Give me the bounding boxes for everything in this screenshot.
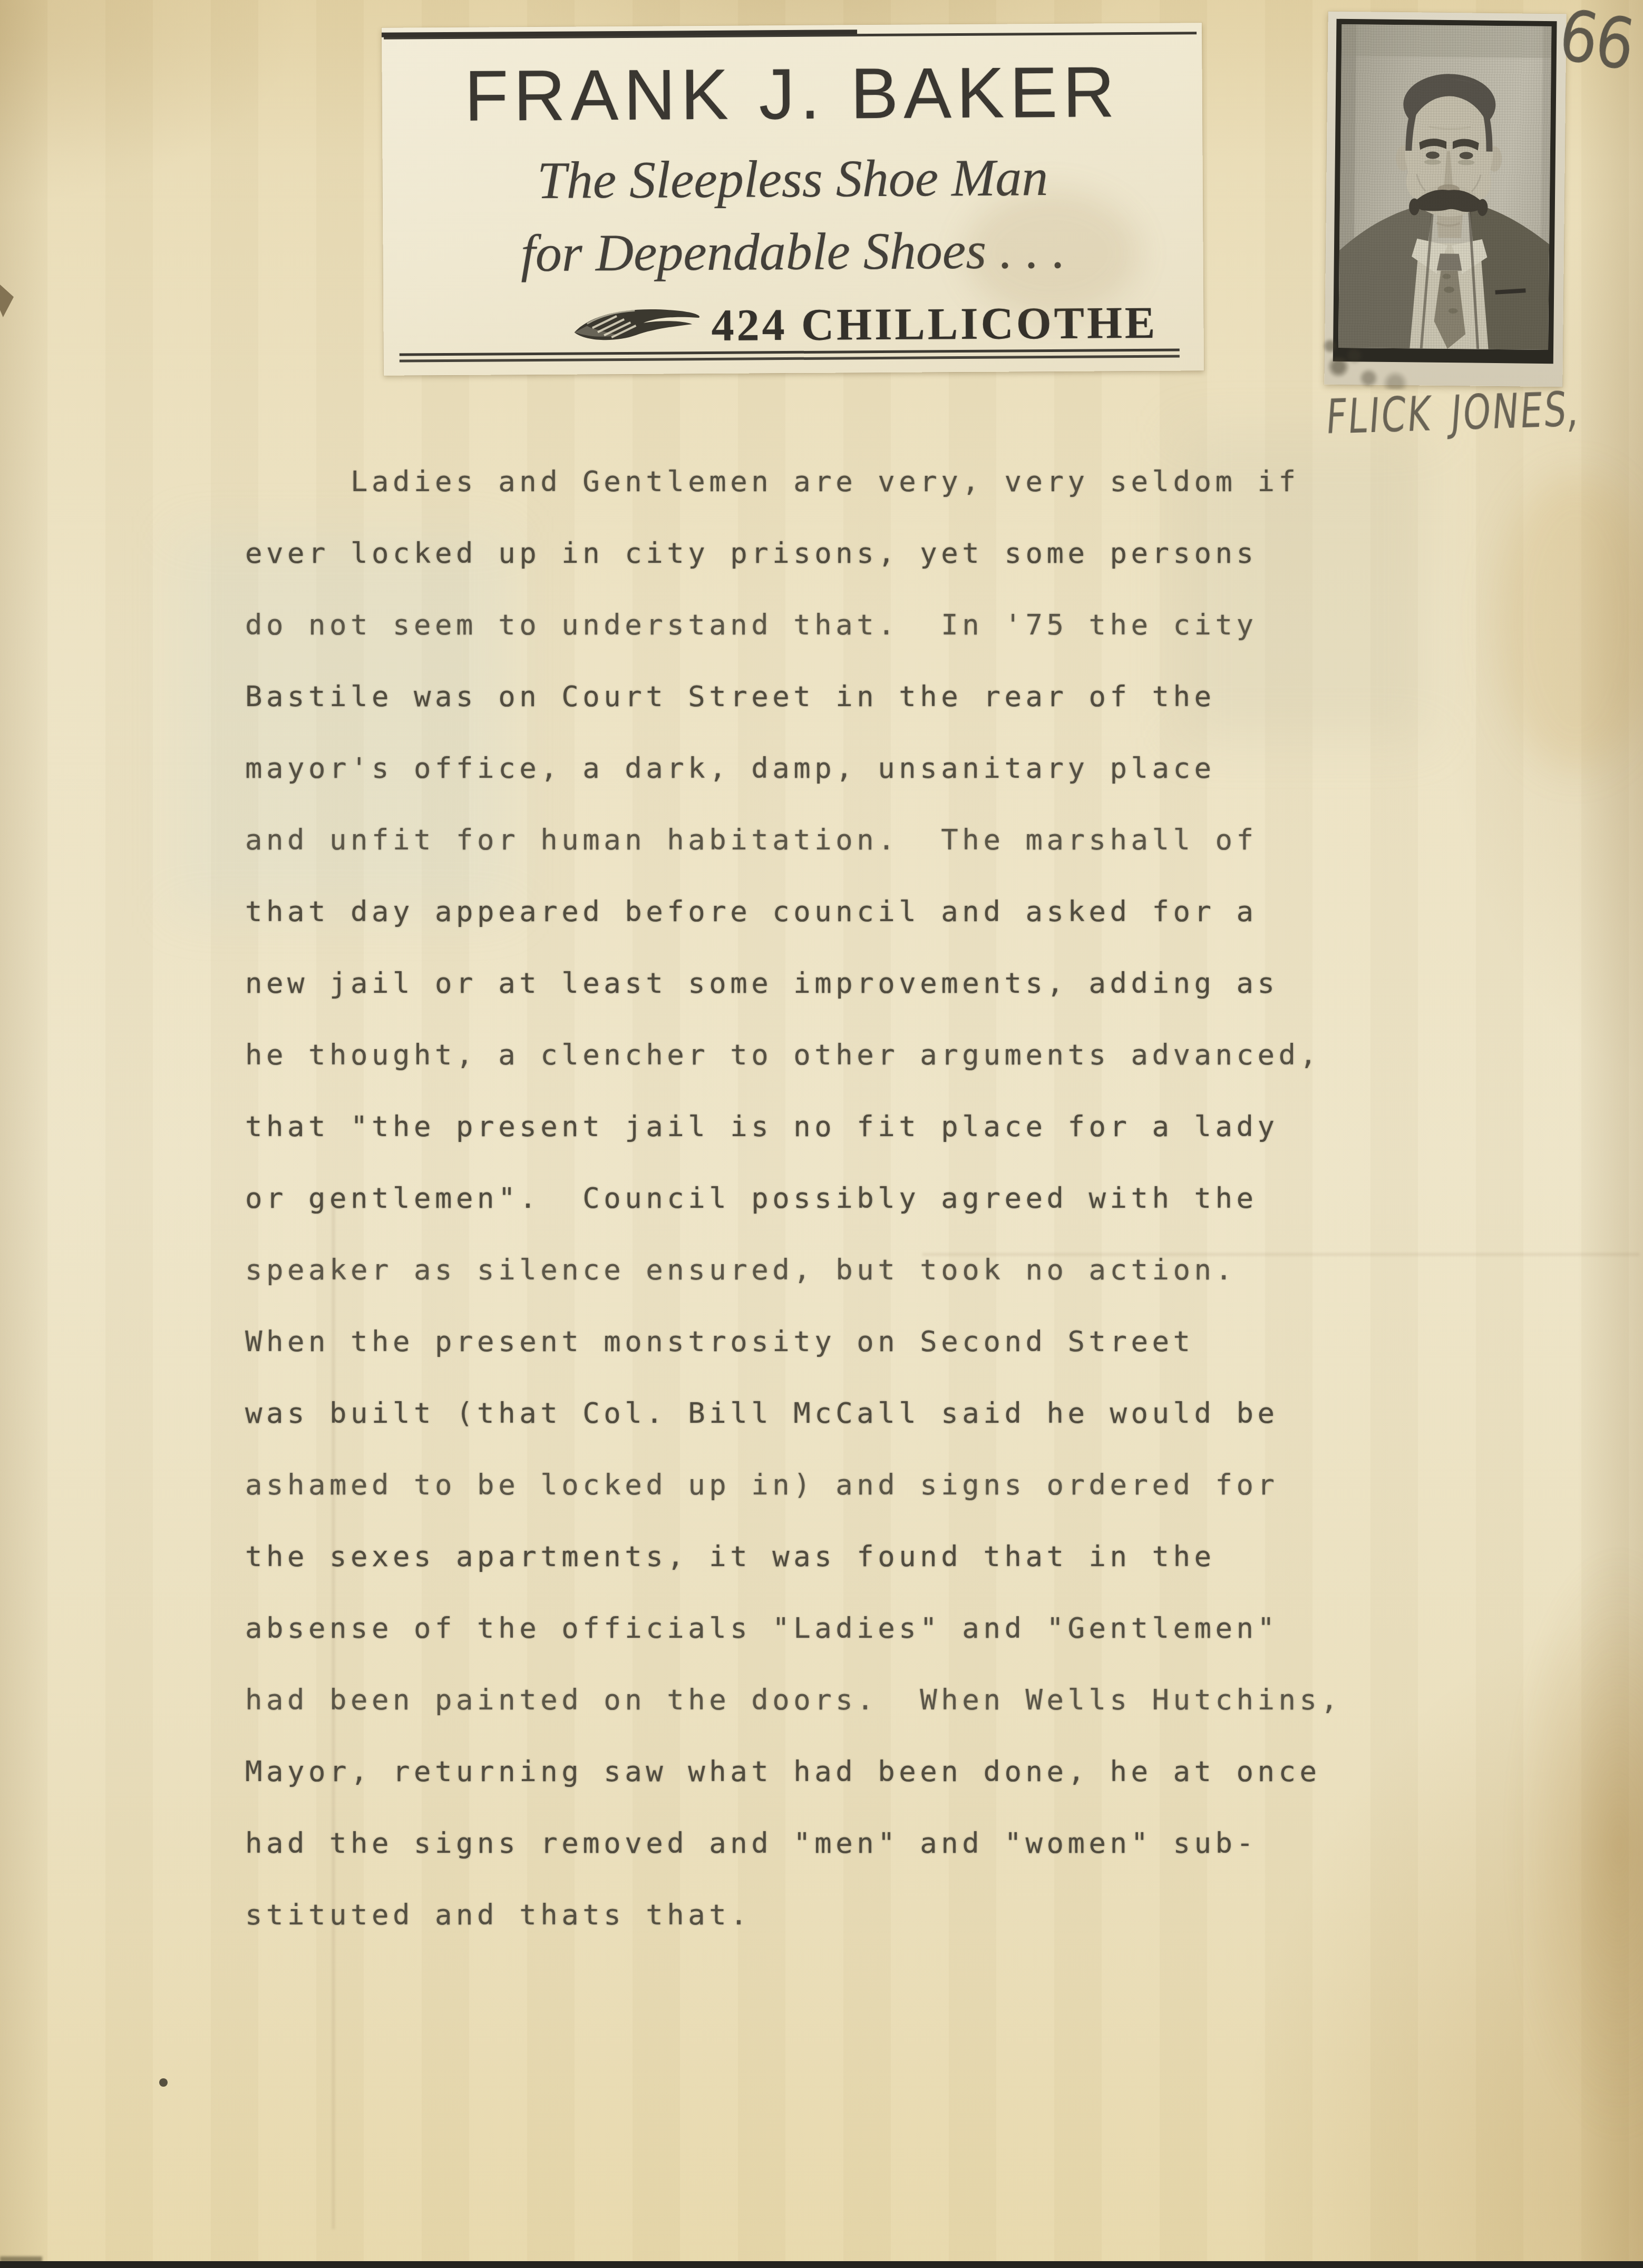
typed-line: was built (that Col. Bill McCall said he… <box>245 1377 1447 1449</box>
typed-line: stituted and thats that. <box>245 1879 1447 1951</box>
ad-bottom-rule-2 <box>400 355 1180 363</box>
bottom-right-stain <box>1471 1449 1643 2240</box>
left-edge-mark <box>0 285 14 317</box>
typed-line: the sexes apartments, it was found that … <box>245 1521 1447 1592</box>
typed-line: When the present monstrosity on Second S… <box>245 1306 1447 1377</box>
ink-dot <box>159 2078 168 2087</box>
typed-line: that day appeared before council and ask… <box>245 876 1447 947</box>
ad-tagline-line2: for Dependable Shoes . . . <box>383 219 1203 285</box>
typed-line: ashamed to be locked up in) and signs or… <box>245 1449 1447 1521</box>
typed-line: Mayor, returning saw what had been done,… <box>245 1736 1447 1807</box>
typed-line: or gentlemen". Council possibly agreed w… <box>245 1162 1447 1234</box>
swoosh-flourish-icon <box>571 304 704 348</box>
ad-title: FRANK J. BAKER <box>382 50 1202 138</box>
ad-clipping-frank-j-baker: FRANK J. BAKER The Sleepless Shoe Man fo… <box>382 23 1204 375</box>
ad-address: 424 CHILLICOTHE <box>711 296 1158 351</box>
typed-line: do not seem to understand that. In '75 t… <box>245 589 1447 661</box>
typed-line: speaker as silence ensured, but took no … <box>245 1234 1447 1306</box>
typed-line: and unfit for human habitation. The mars… <box>245 804 1447 876</box>
photo-clipping <box>1324 12 1566 387</box>
scan-edge <box>0 2261 1643 2268</box>
typed-line: new jail or at least some improvements, … <box>245 947 1447 1019</box>
portrait-photo <box>1333 19 1557 364</box>
article-lines: Ladies and Gentlemen are very, very seld… <box>245 446 1447 1951</box>
ad-tagline-line1: The Sleepless Shoe Man <box>382 146 1203 212</box>
typed-line: absense of the officials "Ladies" and "G… <box>245 1592 1447 1664</box>
page-number-handwritten: 66 <box>1554 0 1639 86</box>
typed-line: ever locked up in city prisons, yet some… <box>245 517 1447 589</box>
scan-edge-corner <box>0 2256 42 2263</box>
typed-line: had the signs removed and "men" and "wom… <box>245 1807 1447 1879</box>
photo-caption-handwritten: FLICK JONES, <box>1324 382 1582 445</box>
yellow-stain <box>1497 474 1643 769</box>
typed-line: had been painted on the doors. When Well… <box>245 1664 1447 1736</box>
typed-line: he thought, a clencher to other argument… <box>245 1019 1447 1091</box>
scrapbook-page: FRANK J. BAKER The Sleepless Shoe Man fo… <box>0 0 1643 2268</box>
typed-line: that "the present jail is no fit place f… <box>245 1091 1447 1162</box>
typed-line: Ladies and Gentlemen are very, very seld… <box>245 446 1447 517</box>
typed-line: Bastile was on Court Street in the rear … <box>245 661 1447 732</box>
halftone-grain <box>1338 24 1551 350</box>
ad-address-row: 424 CHILLICOTHE <box>571 296 1158 353</box>
typed-line: mayor's office, a dark, damp, unsanitary… <box>245 732 1447 804</box>
